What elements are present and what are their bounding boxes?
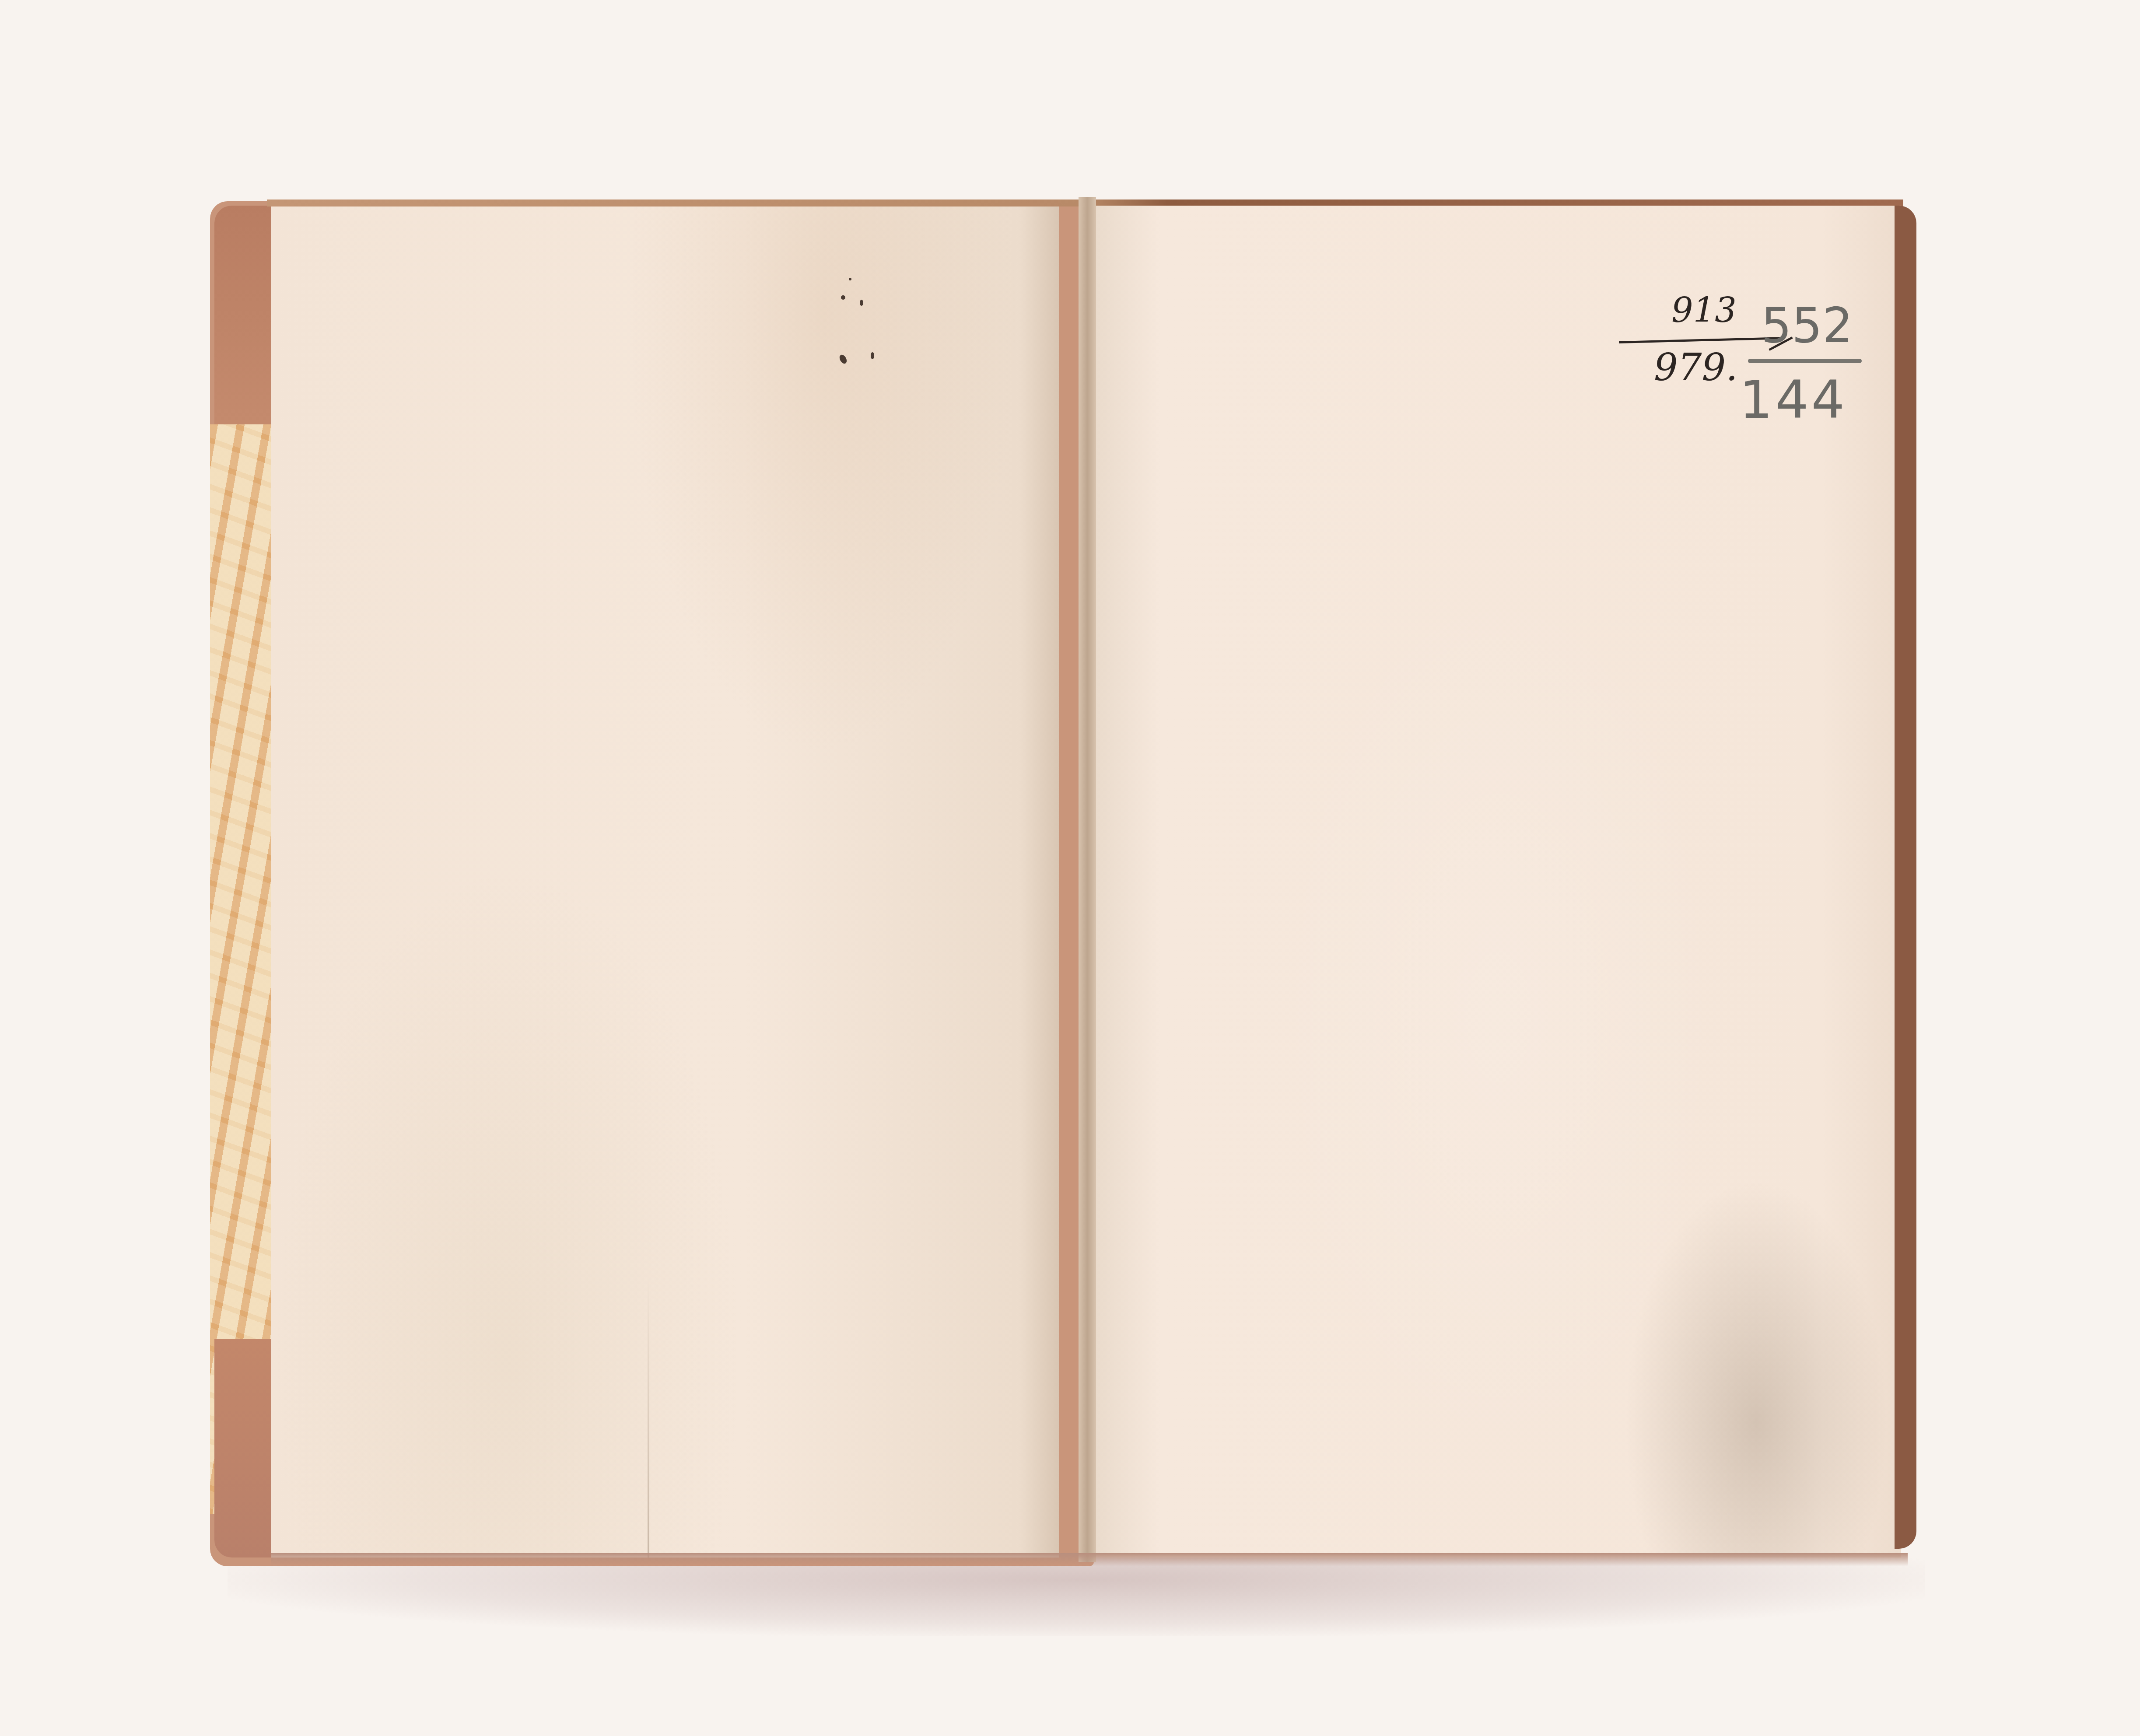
leather-corner-bottom (214, 1339, 271, 1557)
left-endpaper (271, 206, 1059, 1557)
right-cover-board-edge (1895, 206, 1916, 1549)
pencil-shelfmark: 552 144 (1735, 297, 1866, 437)
ink-shelfmark-denominator: 979. (1654, 346, 1737, 389)
ink-speck (849, 278, 851, 280)
pencil-underline (1748, 359, 1862, 363)
paper-crease (648, 1277, 649, 1557)
right-endpaper: 913 979. 552 144 (1096, 206, 1901, 1557)
pencil-shelfmark-numerator: 552 (1761, 297, 1853, 353)
leather-corner-top (214, 206, 271, 424)
ink-speck (838, 353, 848, 365)
ink-speck (871, 352, 874, 359)
pencil-shelfmark-denominator: 144 (1739, 370, 1847, 430)
spine-gutter (1079, 197, 1096, 1562)
ink-shelfmark-numerator: 913 (1671, 291, 1737, 330)
ink-speck (841, 295, 845, 300)
bottom-edge-shadow (271, 1553, 1908, 1566)
ink-speck (860, 300, 863, 306)
open-book: 913 979. 552 144 (210, 192, 1925, 1571)
